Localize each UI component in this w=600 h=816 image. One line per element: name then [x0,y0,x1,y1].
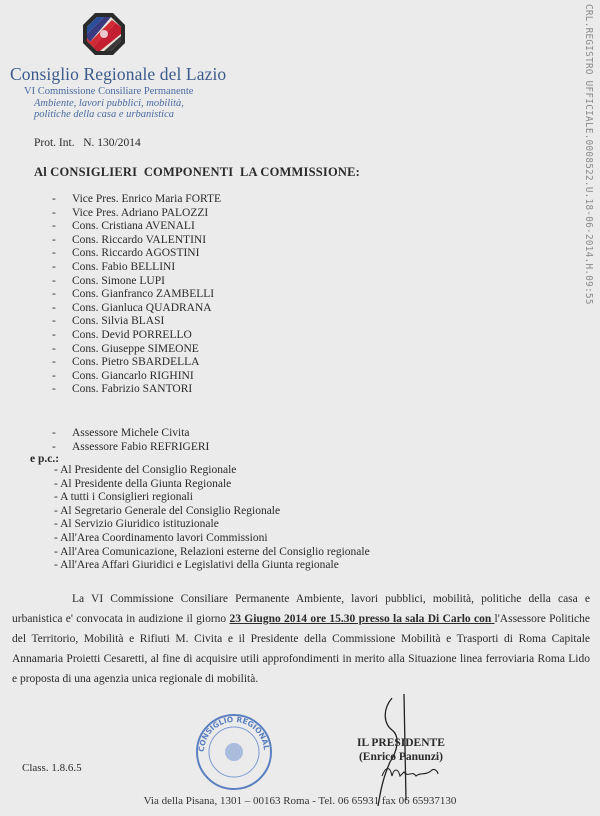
list-item: - Al Segretario Generale del Consiglio R… [54,505,370,519]
list-item: -Cons. Devid PORRELLO [52,329,221,343]
list-item: -Cons. Simone LUPI [52,275,221,289]
registry-stamp-text: CRL.REGISTRO UFFICIALE.0008522.U.18-06-2… [583,4,594,305]
list-item: -Cons. Gianfranco ZAMBELLI [52,288,221,302]
list-item: -Assessore Fabio REFRIGERI [52,441,209,455]
list-item: - All'Area Affari Giuridici e Legislativ… [54,559,370,573]
list-item: - Al Servizio Giuridico istituzionale [54,518,370,532]
list-item: -Cons. Fabrizio SANTORI [52,383,221,397]
list-item: -Cons. Fabio BELLINI [52,261,221,275]
list-item: -Cons. Giancarlo RIGHINI [52,370,221,384]
list-item: -Vice Pres. Enrico Maria FORTE [52,193,221,207]
handwritten-signature-icon [360,690,450,810]
convocation-paragraph: La VI Commissione Consiliare Permanente … [12,589,590,689]
list-item: -Cons. Pietro SBARDELLA [52,356,221,370]
list-item: -Cons. Giuseppe SIMEONE [52,343,221,357]
commission-name: VI Commissione Consiliare Permanente [24,86,193,97]
list-item: -Cons. Gianluca QUADRANA [52,302,221,316]
list-item: -Cons. Silvia BLASI [52,315,221,329]
list-item: - All'Area Comunicazione, Relazioni este… [54,546,370,560]
list-item: -Cons. Riccardo AGOSTINI [52,247,221,261]
list-item: -Assessore Michele Civita [52,427,209,441]
address-footer: Via della Pisana, 1301 – 00163 Roma - Te… [0,795,600,807]
addressee-heading: Al CONSIGLIERI COMPONENTI LA COMMISSIONE… [34,165,360,180]
members-list: -Vice Pres. Enrico Maria FORTE -Vice Pre… [52,193,221,397]
protocol-number: Prot. Int. N. 130/2014 [34,137,141,149]
meeting-date-location: 23 Giugno 2014 ore 15.30 presso la sala … [229,613,494,625]
official-seal-stamp-icon: CONSIGLIO REGIONALE DEL LAZIO [194,712,274,792]
list-item: -Cons. Riccardo VALENTINI [52,234,221,248]
letter-page: Consiglio Regionale del Lazio VI Commiss… [0,0,600,816]
registry-stamp: CRL.REGISTRO UFFICIALE.0008522.U.18-06-2… [580,0,600,400]
commission-scope-line1: Ambiente, lavori pubblici, mobilità, [24,98,193,110]
classification-code: Class. 1.8.6.5 [22,762,82,774]
cc-list: - Al Presidente del Consiglio Regionale … [54,464,370,573]
organization-name: Consiglio Regionale del Lazio [10,64,226,85]
assessori-list: -Assessore Michele Civita -Assessore Fab… [52,427,209,454]
list-item: - All'Area Coordinamento lavori Commissi… [54,532,370,546]
list-item: - A tutti i Consiglieri regionali [54,491,370,505]
lazio-coat-of-arms-icon [82,12,126,56]
commission-scope-line2: politiche della casa e urbanistica [24,109,193,121]
list-item: -Cons. Cristiana AVENALI [52,220,221,234]
list-item: - Al Presidente del Consiglio Regionale [54,464,370,478]
list-item: -Vice Pres. Adriano PALOZZI [52,207,221,221]
list-item: - Al Presidente della Giunta Regionale [54,478,370,492]
handwritten-signature-icon [380,762,440,782]
commission-header: VI Commissione Consiliare Permanente Amb… [24,86,193,121]
